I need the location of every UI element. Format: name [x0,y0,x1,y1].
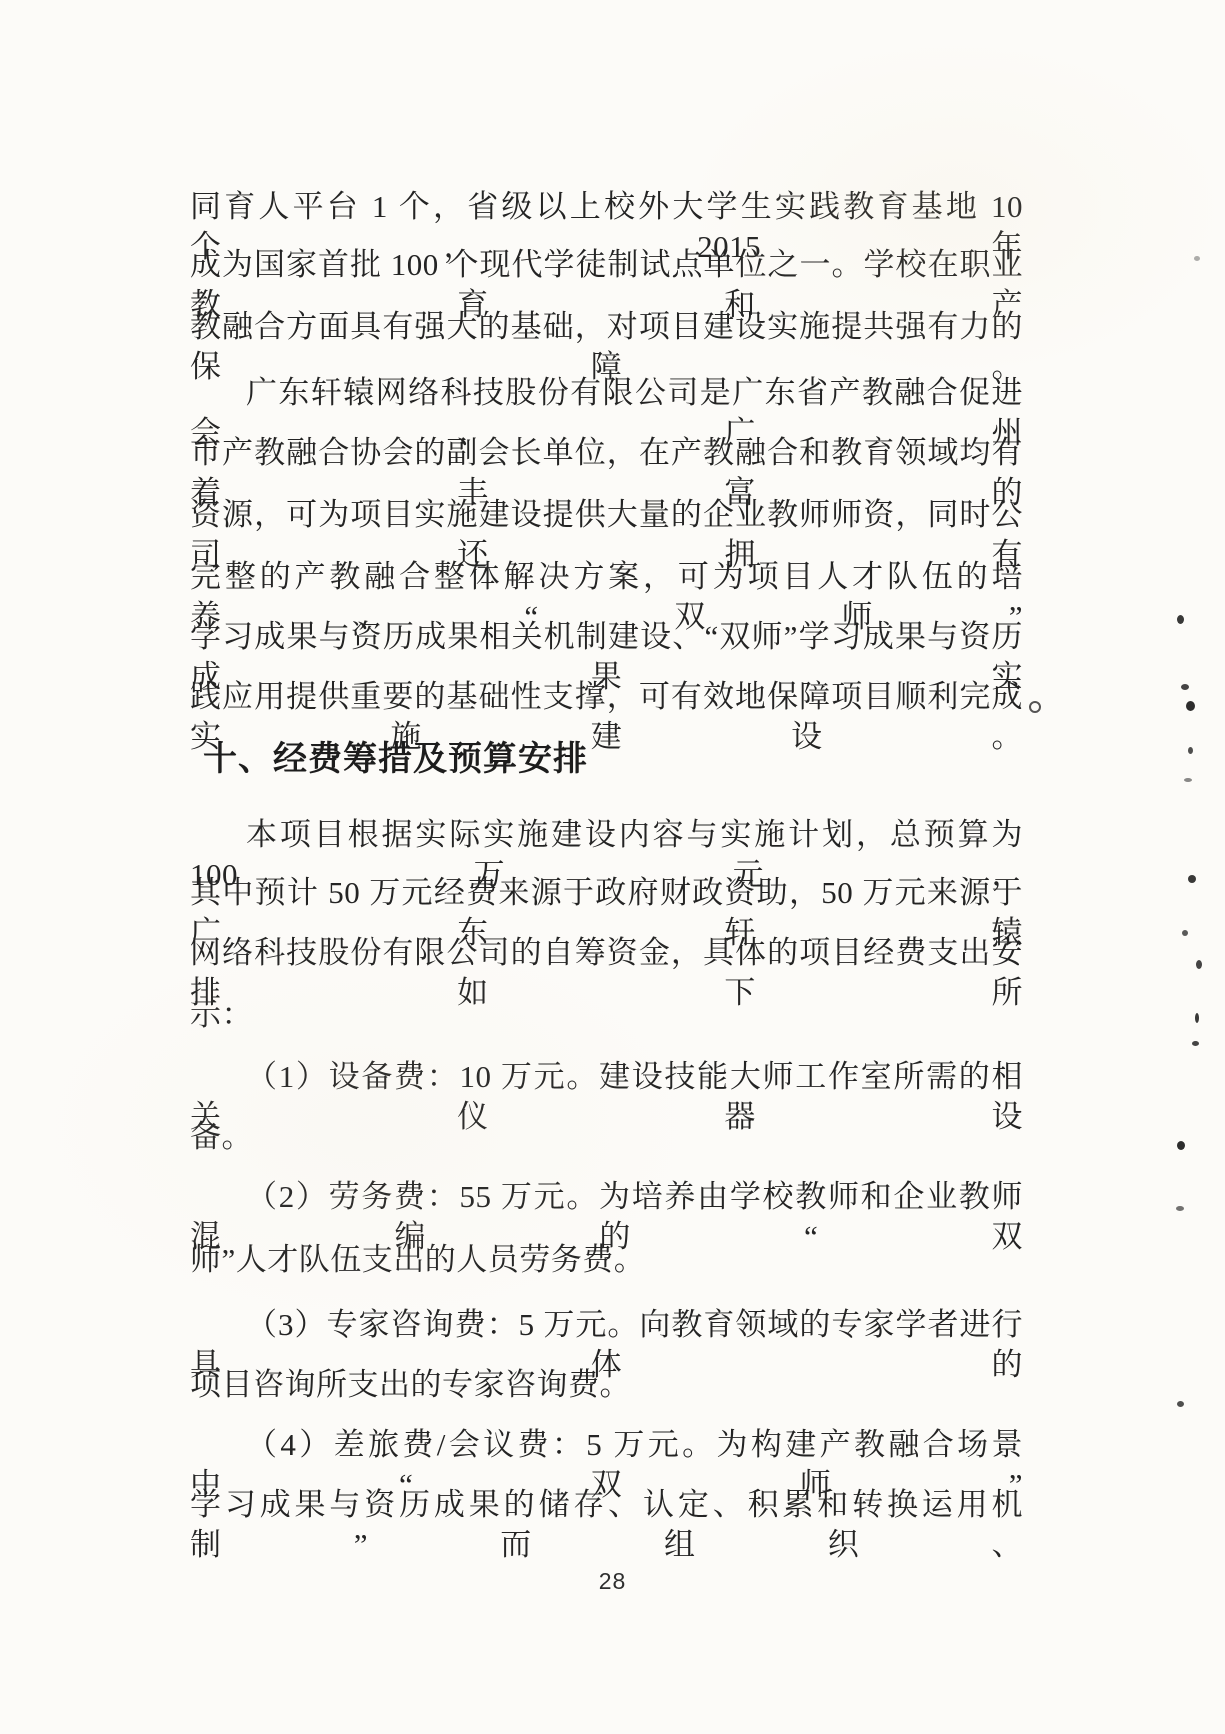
ink-speck [1186,701,1195,711]
ink-speck [1181,684,1189,690]
text-line: 项目咨询所支出的专家咨询费。 [190,1365,1023,1405]
ink-speck [1196,960,1202,969]
ink-speck [1194,256,1200,261]
ink-speck [1188,875,1196,883]
text-line: 备。 [190,1117,1023,1157]
ink-speck [1188,747,1193,754]
ink-speck [1195,1013,1199,1023]
ink-speck [1029,701,1041,713]
ink-speck [1182,930,1188,936]
text-line: 师”人才队伍支出的人员劳务费。 [190,1240,1023,1280]
ink-speck [1177,1141,1185,1150]
page-number: 28 [0,1568,1225,1595]
text-line: 示： [190,995,1023,1035]
text-line: 学习成果与资历成果的储存、认定、积累和转换运用机制”而组织、 [190,1485,1023,1565]
ink-speck [1177,615,1184,624]
section-heading: 十、经费筹措及预算安排 [203,738,1036,780]
document-page: 同育人平台 1 个，省级以上校外大学生实践教育基地 10 个，2015 年 成为… [0,0,1225,1734]
ink-speck [1177,1401,1184,1407]
ink-speck [1184,778,1192,782]
ink-speck [1176,1206,1184,1211]
ink-speck [1192,1041,1199,1046]
